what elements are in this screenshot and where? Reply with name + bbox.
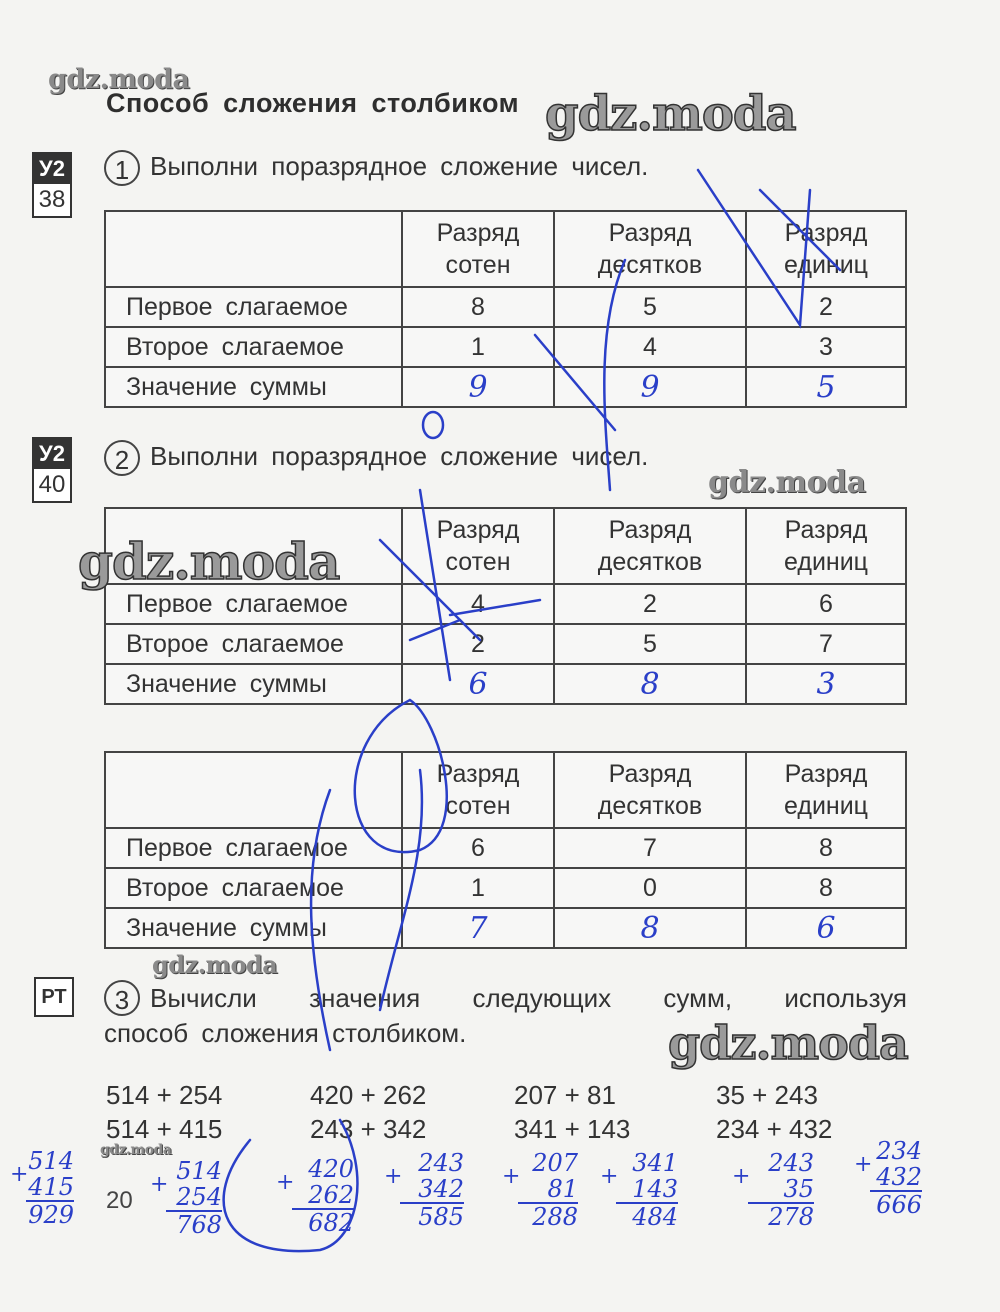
row-label: Второе слагаемое <box>105 327 402 367</box>
watermark: gdz.moda <box>545 86 796 142</box>
expression: 234 + 432 <box>716 1114 832 1145</box>
table-row: Первое слагаемое 6 7 8 <box>105 828 906 868</box>
table-row: Второе слагаемое 1 0 8 <box>105 868 906 908</box>
cell: 7 <box>746 624 906 664</box>
task-number: 1 <box>104 150 140 186</box>
cell: 1 <box>402 868 554 908</box>
badge-label: У2 <box>34 154 70 184</box>
badge-label: У2 <box>34 439 70 469</box>
row-label: Второе слагаемое <box>105 624 402 664</box>
answer-cell[interactable]: 5 <box>746 367 906 407</box>
badge-page: 38 <box>34 184 70 216</box>
cell: 8 <box>746 868 906 908</box>
expression: 207 + 81 <box>514 1080 616 1111</box>
column-addition: + 514254 768 <box>166 1158 222 1238</box>
header-empty <box>105 752 402 828</box>
cell: 5 <box>554 624 746 664</box>
table-row: Значение суммы 7 8 6 <box>105 908 906 948</box>
header-hundreds: Разрядсотен <box>402 508 554 584</box>
answer-cell[interactable]: 8 <box>554 908 746 948</box>
header-hundreds: Разрядсотен <box>402 752 554 828</box>
watermark: gdz.moda <box>78 532 339 591</box>
cell: 8 <box>746 828 906 868</box>
task-text: Вычисли значения следующих сумм, использ… <box>150 983 907 1014</box>
answer-cell[interactable]: 8 <box>554 664 746 704</box>
task-number: 2 <box>104 440 140 476</box>
place-value-table-2b: Разрядсотен Разряддесятков Разрядединиц … <box>104 751 907 949</box>
cell: 6 <box>402 828 554 868</box>
row-label: Значение суммы <box>105 664 402 704</box>
column-addition: + 234432 666 <box>870 1138 922 1218</box>
task-text: Выполни поразрядное сложение чисел. <box>150 151 648 181</box>
header-hundreds: Разрядсотен <box>402 211 554 287</box>
table-row: Второе слагаемое 1 4 3 <box>105 327 906 367</box>
watermark: gdz.moda <box>708 465 866 500</box>
table-row: Первое слагаемое 8 5 2 <box>105 287 906 327</box>
cell: 5 <box>554 287 746 327</box>
cell: 0 <box>554 868 746 908</box>
task-number: 3 <box>104 980 140 1016</box>
task-1-heading: 1Выполни поразрядное сложение чисел. <box>104 150 648 186</box>
answer-cell[interactable]: 9 <box>402 367 554 407</box>
column-addition: + 243342 585 <box>400 1150 464 1230</box>
badge-page: 40 <box>34 469 70 501</box>
column-addition: + 20781 288 <box>518 1150 578 1230</box>
cell: 3 <box>746 327 906 367</box>
column-addition: + 341143 484 <box>616 1150 678 1230</box>
task-text-line2: способ сложения столбиком. <box>104 1018 907 1049</box>
row-label: Значение суммы <box>105 908 402 948</box>
watermark: gdz.moda <box>152 950 277 979</box>
header-units: Разрядединиц <box>746 752 906 828</box>
page-title: Способ сложения столбиком <box>106 88 519 119</box>
cell: 2 <box>554 584 746 624</box>
row-label: Второе слагаемое <box>105 868 402 908</box>
header-units: Разрядединиц <box>746 508 906 584</box>
cell: 2 <box>746 287 906 327</box>
cell: 7 <box>554 828 746 868</box>
task-text: Выполни поразрядное сложение чисел. <box>150 441 648 471</box>
expression: 243 + 342 <box>310 1114 426 1145</box>
header-tens: Разряддесятков <box>554 752 746 828</box>
cell: 1 <box>402 327 554 367</box>
answer-cell[interactable]: 9 <box>554 367 746 407</box>
cell: 6 <box>746 584 906 624</box>
answer-cell[interactable]: 7 <box>402 908 554 948</box>
task-3-badge: РТ <box>34 977 74 1017</box>
column-addition: + 514415 929 <box>26 1148 74 1228</box>
answer-cell[interactable]: 6 <box>746 908 906 948</box>
column-addition: + 420262 682 <box>292 1156 354 1236</box>
expression: 420 + 262 <box>310 1080 426 1111</box>
cell: 2 <box>402 624 554 664</box>
expression: 514 + 254 <box>106 1080 222 1111</box>
task-2-heading: 2Выполни поразрядное сложение чисел. <box>104 440 648 476</box>
row-label: Значение суммы <box>105 367 402 407</box>
row-label: Первое слагаемое <box>105 828 402 868</box>
task-3-heading: 3 Вычисли значения следующих сумм, испол… <box>104 980 907 1049</box>
table-row: Значение суммы 9 9 5 <box>105 367 906 407</box>
table-row: Второе слагаемое 2 5 7 <box>105 624 906 664</box>
row-label: Первое слагаемое <box>105 287 402 327</box>
header-tens: Разряддесятков <box>554 211 746 287</box>
answer-cell[interactable]: 6 <box>402 664 554 704</box>
cell: 8 <box>402 287 554 327</box>
header-empty <box>105 211 402 287</box>
expression: 341 + 143 <box>514 1114 630 1145</box>
task-2-badge: У2 40 <box>32 437 72 503</box>
answer-cell[interactable]: 3 <box>746 664 906 704</box>
place-value-table-1: Разрядсотен Разряддесятков Разрядединиц … <box>104 210 907 408</box>
expression: 514 + 415 <box>106 1114 222 1145</box>
header-units: Разрядединиц <box>746 211 906 287</box>
cell: 4 <box>554 327 746 367</box>
task-1-badge: У2 38 <box>32 152 72 218</box>
cell: 4 <box>402 584 554 624</box>
table-row: Значение суммы 6 8 3 <box>105 664 906 704</box>
table-header-row: Разрядсотен Разряддесятков Разрядединиц <box>105 211 906 287</box>
header-tens: Разряддесятков <box>554 508 746 584</box>
column-addition: + 24335 278 <box>748 1150 814 1230</box>
page-number: 20 <box>106 1187 133 1215</box>
table-header-row: Разрядсотен Разряддесятков Разрядединиц <box>105 752 906 828</box>
expression: 35 + 243 <box>716 1080 818 1111</box>
workbook-page: gdz.moda gdz.moda gdz.moda gdz.moda gdz.… <box>0 0 1000 1312</box>
